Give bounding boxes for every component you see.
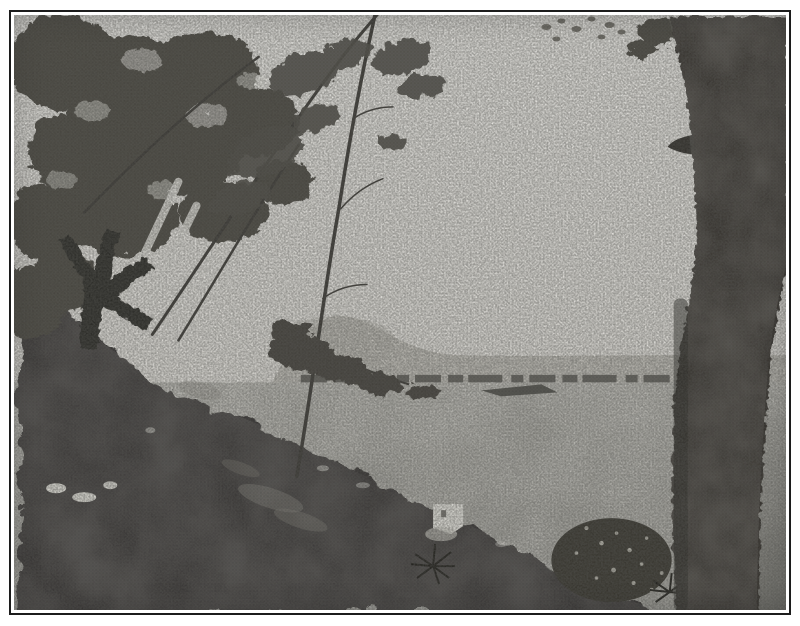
photograph — [14, 15, 786, 610]
halftone-grain — [14, 15, 786, 610]
plate-frame — [9, 10, 791, 615]
book-page — [0, 0, 800, 626]
photograph-scene — [14, 15, 786, 610]
